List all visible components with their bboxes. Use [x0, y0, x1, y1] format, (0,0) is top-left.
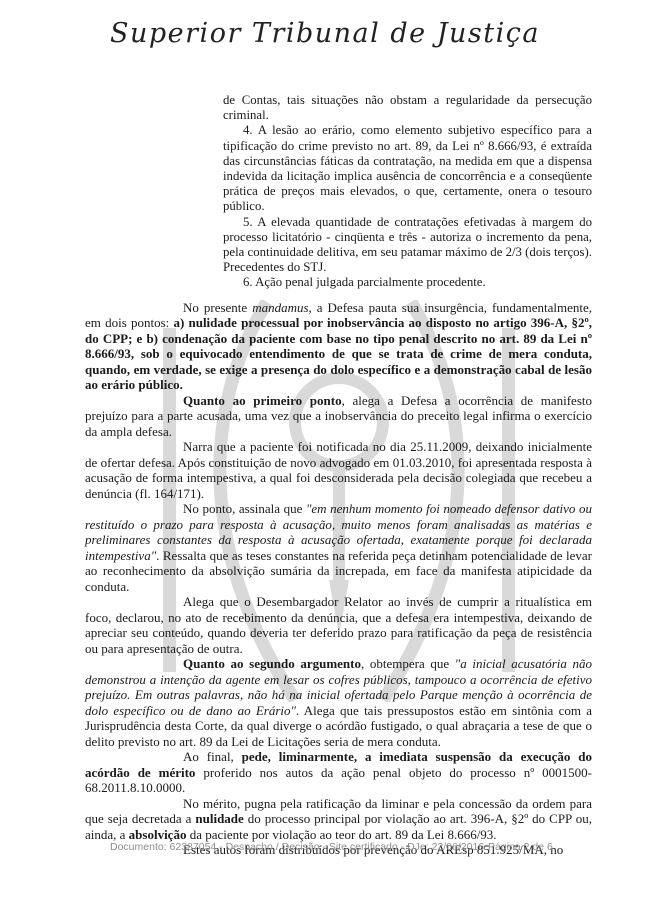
- text-run: Ao final,: [183, 749, 242, 764]
- court-title: Superior Tribunal de Justiça: [0, 18, 650, 49]
- decision-text: No presente mandamus, a Defesa pauta sua…: [85, 300, 592, 858]
- text-run: da paciente por violação ao teor do art.…: [186, 827, 496, 842]
- text-run: 5. A elevada quantidade de contratações …: [223, 215, 592, 275]
- text-run: No presente: [183, 300, 252, 315]
- text-run: , obtempera que: [361, 656, 455, 671]
- body-paragraph: No ponto, assinala que "em nenhum moment…: [85, 501, 592, 594]
- citation-paragraph: 4. A lesão ao erário, como elemento subj…: [223, 123, 592, 214]
- text-run: 6. Ação penal julgada parcialmente proce…: [243, 275, 486, 289]
- text-run: nulidade: [195, 811, 243, 826]
- citation-paragraph: 6. Ação penal julgada parcialmente proce…: [223, 275, 592, 290]
- page-header: Superior Tribunal de Justiça: [0, 18, 650, 49]
- text-run: de Contas, tais situações não obstam a r…: [223, 93, 592, 122]
- body-paragraph: Ao final, pede, liminarmente, a imediata…: [85, 749, 592, 796]
- footer-document-info: Documento: 62387054 - Despacho / Decisão…: [110, 841, 484, 853]
- body-paragraph: Quanto ao primeiro ponto, alega a Defesa…: [85, 393, 592, 440]
- text-run: Narra que a paciente foi notificada no d…: [85, 439, 592, 501]
- text-run: . Ressalta que as teses constantes na re…: [85, 548, 592, 594]
- body-paragraph: No mérito, pugna pela ratificação da lim…: [85, 796, 592, 843]
- body-paragraph: Quanto ao segundo argumento, obtempera q…: [85, 656, 592, 749]
- page-footer: Documento: 62387054 - Despacho / Decisão…: [0, 841, 650, 857]
- body-paragraph: No presente mandamus, a Defesa pauta sua…: [85, 300, 592, 393]
- text-run: mandamus: [252, 300, 308, 315]
- citation-paragraph: 5. A elevada quantidade de contratações …: [223, 215, 592, 276]
- text-run: No ponto, assinala que: [183, 501, 306, 516]
- text-run: 4. A lesão ao erário, como elemento subj…: [223, 123, 592, 213]
- text-run: absolvição: [129, 827, 187, 842]
- body-paragraph: Narra que a paciente foi notificada no d…: [85, 439, 592, 501]
- document-body: de Contas, tais situações não obstam a r…: [85, 93, 592, 858]
- citation-paragraph: de Contas, tais situações não obstam a r…: [223, 93, 592, 123]
- document-page: Superior Tribunal de Justiça de Contas, …: [0, 0, 650, 919]
- text-run: Alega que o Desembargador Relator ao inv…: [85, 594, 592, 656]
- citation-block: de Contas, tais situações não obstam a r…: [223, 93, 592, 291]
- body-paragraph: Alega que o Desembargador Relator ao inv…: [85, 594, 592, 656]
- footer-page-number: Página 2 de 6: [488, 841, 553, 853]
- text-run: Quanto ao segundo argumento: [183, 656, 361, 671]
- text-run: Quanto ao primeiro ponto: [183, 393, 342, 408]
